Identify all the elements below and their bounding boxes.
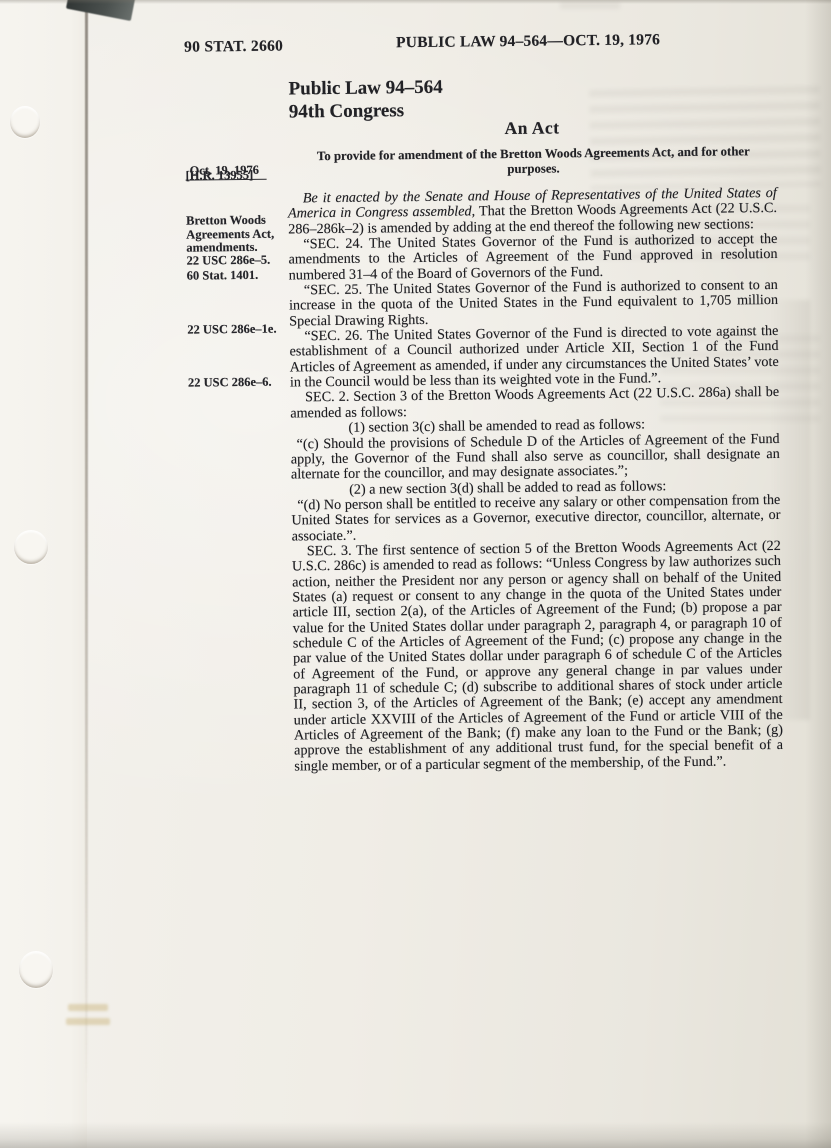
margin-note-bill-number: [H.R. 13955] [186, 169, 286, 184]
margin-note-usc-citation: 22 USC 286e–6. [188, 376, 288, 391]
margin-note-subject: Bretton Woods Agreements Act, amendments… [186, 214, 286, 256]
printed-content: 90 STAT. 2660 PUBLIC LAW 94–564—OCT. 19,… [0, 0, 831, 1148]
body-paragraph: SEC. 3. The first sentence of section 5 … [292, 539, 784, 775]
law-number-title: Public Law 94–564 [288, 77, 442, 101]
enacting-clause: Be it enacted by the Senate and House of… [288, 186, 777, 238]
margin-note-stat-citation: 60 Stat. 1401. [187, 269, 287, 284]
running-head: PUBLIC LAW 94–564—OCT. 19, 1976 [396, 31, 660, 52]
body-paragraph: “(c) Should the provisions of Schedule D… [291, 431, 780, 483]
statutes-page-number: 90 STAT. 2660 [184, 38, 283, 57]
margin-note-usc-citation: 22 USC 286e–1e. [187, 323, 287, 338]
body-text-column: Be it enacted by the Senate and House of… [288, 186, 784, 775]
body-paragraph: “SEC. 24. The United States Governor of … [288, 232, 777, 284]
statute-page-scan: 90 STAT. 2660 PUBLIC LAW 94–564—OCT. 19,… [0, 0, 831, 1148]
margin-note-usc-citation: 22 USC 286e–5. [186, 254, 286, 269]
body-paragraph: “(d) No person shall be entitled to rece… [291, 493, 780, 545]
body-paragraph: “SEC. 26. The United States Governor of … [289, 324, 779, 391]
scan-bottom-edge-shadow [0, 1122, 831, 1148]
act-purpose: To provide for amendment of the Bretton … [293, 144, 773, 179]
body-paragraph: “SEC. 25. The United States Governor of … [289, 278, 778, 330]
act-heading: An Act [288, 115, 776, 142]
scan-top-edge-shadow [0, 0, 831, 4]
scan-right-edge-shadow [805, 0, 831, 1148]
